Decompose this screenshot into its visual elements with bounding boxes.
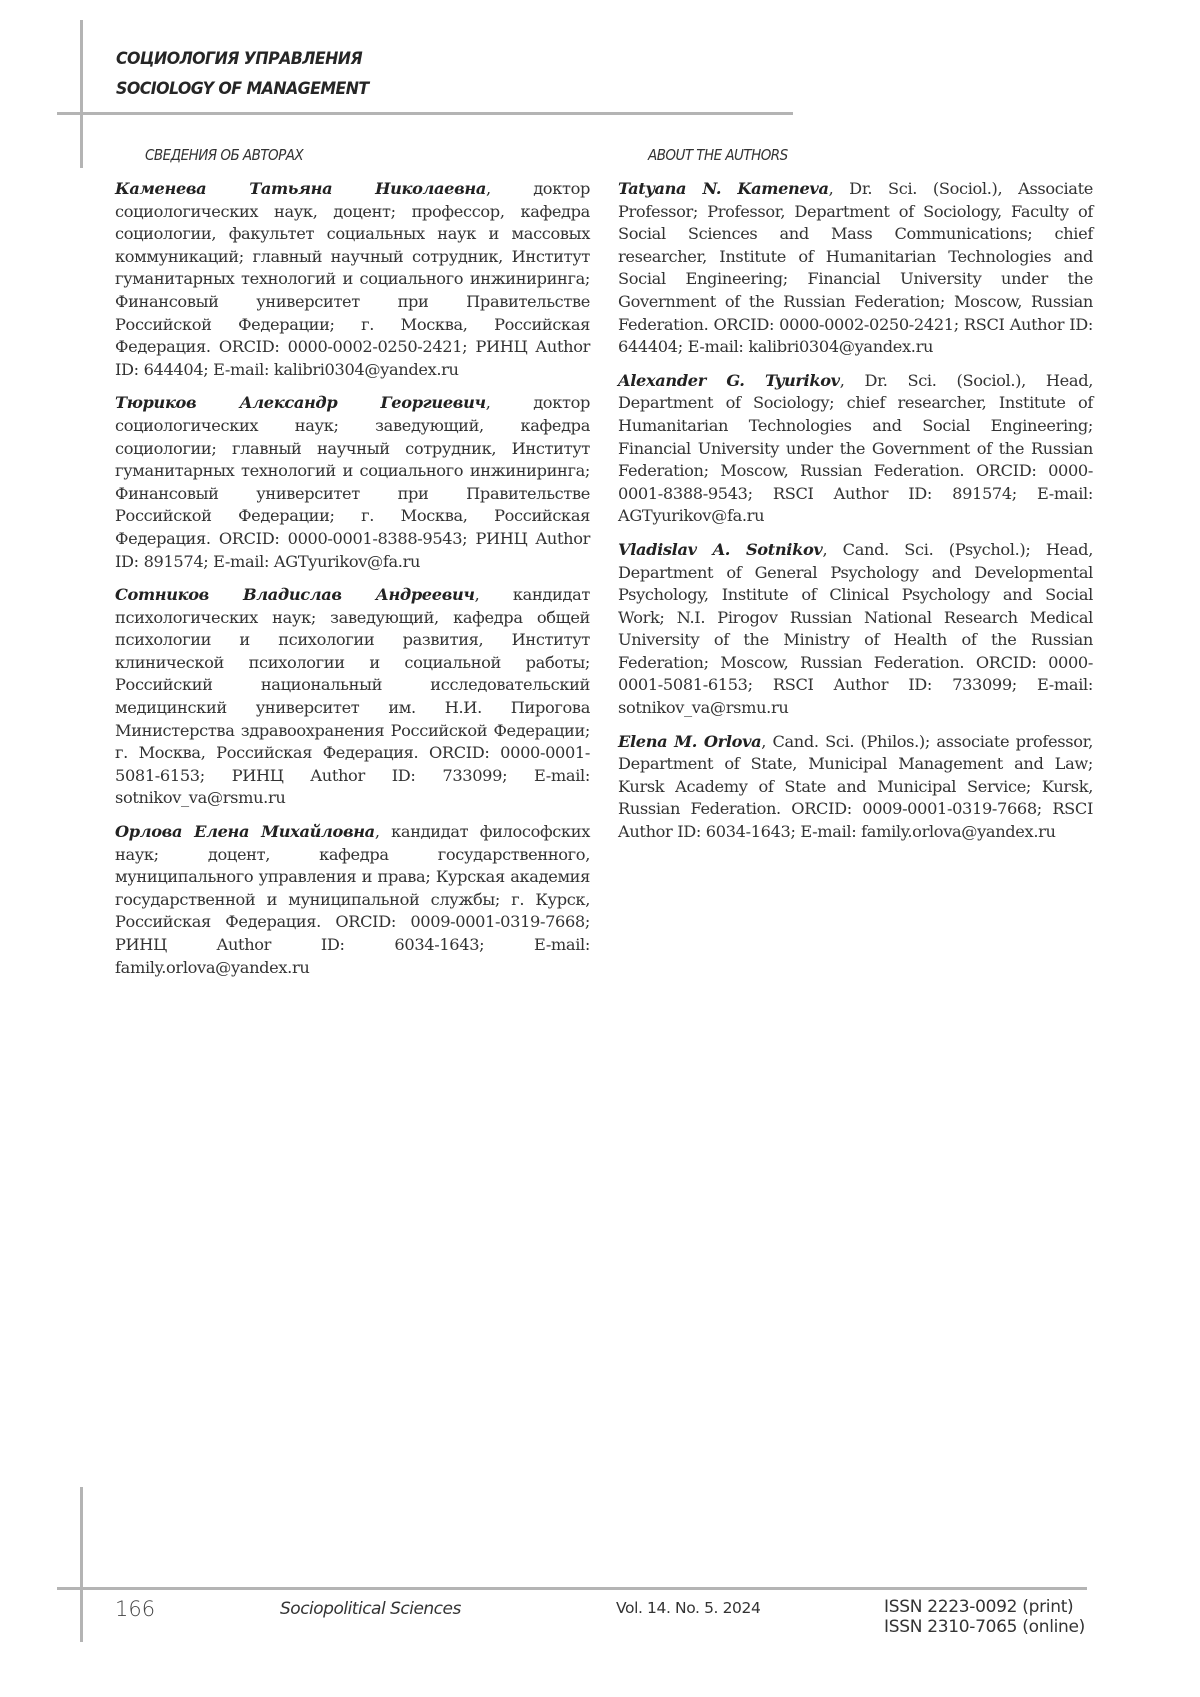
- left-column-title: СВЕДЕНИЯ ОБ АВТОРАХ: [145, 146, 303, 164]
- issn-print: ISSN 2223-0092 (print): [884, 1597, 1085, 1617]
- header-horizontal-rule: [57, 112, 793, 115]
- authors-ru-column: Каменева Татьяна Николаевна, доктор соци…: [115, 178, 590, 990]
- author-name: Орлова Елена Михайловна: [115, 822, 375, 841]
- author-details: , доктор социологических наук; заведующи…: [115, 393, 590, 570]
- author-details: , кандидат философских наук; доцент, каф…: [115, 822, 590, 977]
- author-name: Alexander G. Tyurikov: [618, 371, 840, 390]
- author-name: Каменева Татьяна Николаевна: [115, 179, 486, 198]
- author-details: , Dr. Sci. (Sociol.), Head, Department o…: [618, 371, 1093, 526]
- author-details: , кандидат психологических наук; заведую…: [115, 585, 590, 807]
- author-entry: Elena M. Orlova, Cand. Sci. (Philos.); a…: [618, 731, 1093, 844]
- author-entry: Сотников Владислав Андреевич, кандидат п…: [115, 584, 590, 810]
- authors-en-column: Tatyana N. Kameneva, Dr. Sci. (Sociol.),…: [618, 178, 1093, 855]
- issn-block: ISSN 2223-0092 (print) ISSN 2310-7065 (o…: [884, 1597, 1085, 1637]
- journal-name: Sociopolitical Sciences: [280, 1599, 461, 1619]
- section-title-ru: СОЦИОЛОГИЯ УПРАВЛЕНИЯ: [116, 44, 369, 74]
- section-title-en: SOCIOLOGY OF MANAGEMENT: [116, 74, 369, 104]
- volume-info: Vol. 14. No. 5. 2024: [616, 1599, 760, 1617]
- running-head: СОЦИОЛОГИЯ УПРАВЛЕНИЯ SOCIOLOGY OF MANAG…: [116, 44, 369, 104]
- author-details: , доктор социологических наук, доцент; п…: [115, 179, 590, 379]
- author-details: , Dr. Sci. (Sociol.), Associate Professo…: [618, 179, 1093, 356]
- author-name: Тюриков Александр Георгиевич: [115, 393, 486, 412]
- author-entry: Тюриков Александр Георгиевич, доктор соц…: [115, 392, 590, 573]
- footer-vertical-rule: [80, 1487, 83, 1642]
- author-details: , Cand. Sci. (Psychol.); Head, Departmen…: [618, 540, 1093, 717]
- author-name: Elena M. Orlova: [618, 732, 761, 751]
- author-entry: Орлова Елена Михайловна, кандидат филосо…: [115, 821, 590, 979]
- author-entry: Alexander G. Tyurikov, Dr. Sci. (Sociol.…: [618, 370, 1093, 528]
- author-name: Vladislav A. Sotnikov: [618, 540, 822, 559]
- author-entry: Tatyana N. Kameneva, Dr. Sci. (Sociol.),…: [618, 178, 1093, 359]
- footer-horizontal-rule: [57, 1587, 1087, 1590]
- issn-online: ISSN 2310-7065 (online): [884, 1617, 1085, 1637]
- right-column-title: ABOUT THE AUTHORS: [648, 146, 788, 164]
- author-entry: Каменева Татьяна Николаевна, доктор соци…: [115, 178, 590, 381]
- author-entry: Vladislav A. Sotnikov, Cand. Sci. (Psych…: [618, 539, 1093, 720]
- header-vertical-rule: [80, 20, 83, 168]
- author-name: Сотников Владислав Андреевич: [115, 585, 475, 604]
- author-name: Tatyana N. Kameneva: [618, 179, 829, 198]
- page-number: 166: [115, 1597, 155, 1621]
